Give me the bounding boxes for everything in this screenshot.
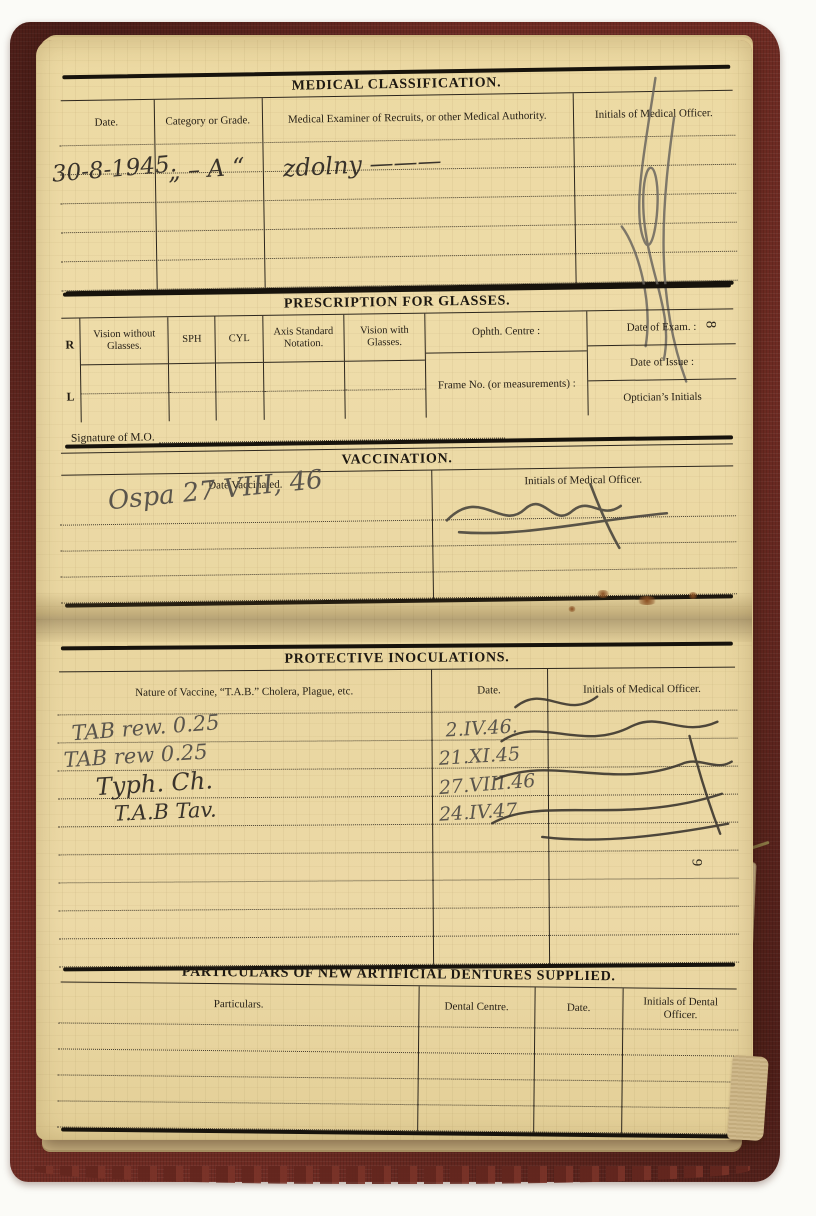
vaccination-table: Date Vaccinated. Initials of Medical Off…	[59, 466, 737, 603]
col-cyl: CYL	[215, 316, 264, 421]
col-sph: SPH	[167, 317, 216, 422]
frame-no-field: Frame No. (or measurements) :	[426, 351, 588, 417]
handwritten-date: 2.IV.46.	[444, 715, 517, 741]
col-header-initials: Initials of Medical Officer.	[431, 466, 735, 494]
inoculations-section: PROTECTIVE INOCULATIONS. Nature of Vacci…	[57, 642, 739, 972]
prescription-section: PRESCRIPTION FOR GLASSES. R L Vision wit…	[59, 283, 737, 448]
col-vision-with: Vision with Glasses.	[343, 314, 426, 419]
stain	[688, 592, 698, 599]
medical-classification-section: MEDICAL CLASSIFICATION. Date. Category o…	[58, 65, 737, 296]
optician-initials-field: Optician’s Initials	[588, 379, 736, 415]
empty-cells	[169, 363, 216, 422]
page-number-8: 8	[701, 321, 718, 329]
booklet-page-spread: MEDICAL CLASSIFICATION. Date. Category o…	[36, 40, 752, 1140]
prescription-table: R L Vision without Glasses. SPH CYL Axis…	[59, 309, 736, 422]
col-header-initials: Initials of Medical Officer.	[572, 91, 735, 138]
centre-fields: Ophth. Centre : Frame No. (or measuremen…	[424, 311, 588, 417]
page-number-9: 9	[687, 859, 704, 867]
medical-classification-table: Date. Category or Grade. Medical Examine…	[59, 91, 738, 292]
col-header-initials: Initials of Medical Officer.	[547, 668, 738, 711]
handwritten-category: „ – A “	[167, 152, 246, 185]
col-header-category: Category or Grade.	[153, 98, 262, 144]
col-vision-without: Vision without Glasses.	[80, 317, 169, 422]
stain	[636, 596, 658, 605]
dentures-table: Particulars. Dental Centre. Date. Initia…	[57, 982, 738, 1134]
empty-cells	[216, 362, 263, 421]
col-axis: Axis Standard Notation.	[262, 315, 345, 420]
ophth-centre-field: Ophth. Centre :	[425, 311, 587, 353]
row-label-right-eye: R	[59, 318, 80, 370]
stain	[596, 590, 610, 598]
empty-cells	[81, 363, 169, 422]
col-header: CYL	[216, 316, 263, 363]
dentures-section: PARTICULARS OF NEW ARTIFICIAL DENTURES S…	[57, 960, 739, 1138]
col-header: Vision with Glasses.	[344, 314, 425, 361]
col-header: Vision without Glasses.	[81, 317, 169, 364]
stain	[568, 606, 576, 612]
table-rows	[57, 1023, 738, 1134]
empty-cells	[345, 360, 426, 419]
inoculations-table: Nature of Vaccine, “T.A.B.” Cholera, Pla…	[57, 668, 739, 968]
cloth-tab	[727, 1055, 769, 1141]
handwritten-date: 24.IV.47	[438, 799, 518, 826]
handwritten-vaccine: T.A.B Tav.	[114, 797, 217, 825]
date-of-issue-field: Date of Issue :	[588, 344, 736, 381]
col-header-date: Date.	[534, 987, 623, 1028]
col-header: Axis Standard Notation.	[263, 315, 344, 362]
vaccination-section: VACCINATION. Date Vaccinated. Initials o…	[59, 443, 737, 607]
col-header-initials: Initials of Dental Officer.	[623, 988, 739, 1029]
col-header-date: Date.	[431, 669, 547, 712]
col-header: SPH	[168, 317, 215, 364]
eye-row-labels: R L	[59, 318, 81, 422]
signature-of-mo-label: Signature of M.O.	[71, 431, 155, 444]
empty-cells	[264, 361, 345, 420]
row-label-left-eye: L	[60, 370, 81, 422]
scanned-medical-booklet: MEDICAL CLASSIFICATION. Date. Category o…	[0, 0, 816, 1216]
col-header-date: Date.	[59, 100, 154, 145]
col-header-vaccine: Nature of Vaccine, “T.A.B.” Cholera, Pla…	[57, 670, 431, 715]
col-header-dental-centre: Dental Centre.	[419, 986, 535, 1027]
col-header-particulars: Particulars.	[58, 982, 419, 1026]
col-header-examiner: Medical Examiner of Recruits, or other M…	[261, 93, 573, 142]
